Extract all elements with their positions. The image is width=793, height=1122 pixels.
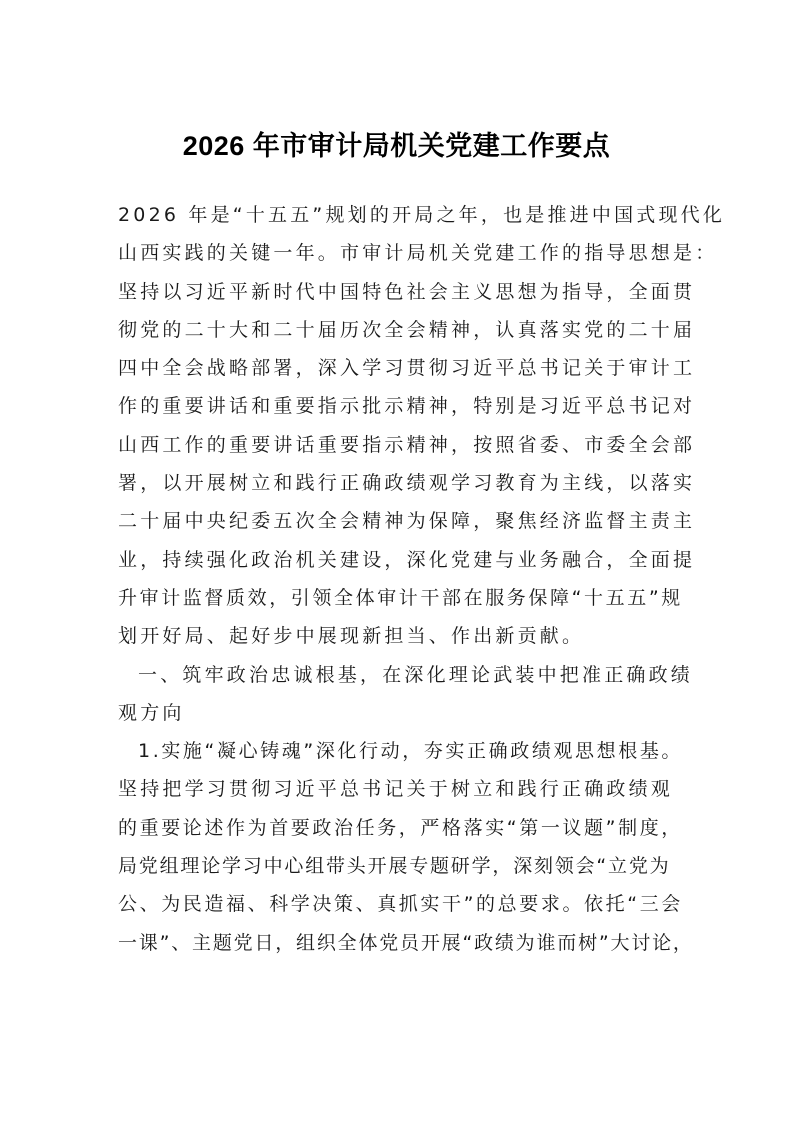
text-line: 山西工作的重要讲话重要指示精神，按照省委、市委全会部 <box>118 426 683 464</box>
text-line: 坚持以习近平新时代中国特色社会主义思想为指导，全面贯 <box>118 273 683 311</box>
text-line: 公、为民造福、科学决策、真抓实干”的总要求。依托“三会 <box>118 885 683 923</box>
text-line: 升审计监督质效，引领全体审计干部在服务保障“十五五”规 <box>118 579 683 617</box>
section-heading-1: 一、筑牢政治忠诚根基，在深化理论武装中把准正确政绩 观方向 <box>118 656 683 733</box>
text-line: 划开好局、起好步中展现新担当、作出新贡献。 <box>118 617 683 655</box>
text-line: 彻党的二十大和二十届历次全会精神，认真落实党的二十届 <box>118 311 683 349</box>
text-line: 署，以开展树立和践行正确政绩观学习教育为主线，以落实 <box>118 464 683 502</box>
text-line: 坚持把学习贯彻习近平总书记关于树立和践行正确政绩观 <box>118 770 683 808</box>
text-line: 四中全会战略部署，深入学习贯彻习近平总书记关于审计工 <box>118 349 683 387</box>
text-line: 局党组理论学习中心组带头开展专题研学，深刻领会“立党为 <box>118 847 683 885</box>
item-paragraph-1: 1.实施“凝心铸魂”深化行动，夯实正确政绩观思想根基。 坚持把学习贯彻习近平总书… <box>118 732 683 962</box>
document-title: 2026 年市审计局机关党建工作要点 <box>0 126 793 166</box>
heading-line: 一、筑牢政治忠诚根基，在深化理论武装中把准正确政绩 <box>118 656 683 694</box>
text-line: 二十届中央纪委五次全会精神为保障，聚焦经济监督主责主 <box>118 502 683 540</box>
document-body: 2026 年是“十五五”规划的开局之年，也是推进中国式现代化 山西实践的关键一年… <box>118 196 683 962</box>
text-line: 作的重要讲话和重要指示批示精神，特别是习近平总书记对 <box>118 387 683 425</box>
intro-paragraph: 2026 年是“十五五”规划的开局之年，也是推进中国式现代化 山西实践的关键一年… <box>118 196 683 656</box>
document-page: 2026 年市审计局机关党建工作要点 2026 年是“十五五”规划的开局之年，也… <box>0 0 793 1122</box>
text-line: 一课”、主题党日，组织全体党员开展“政绩为谁而树”大讨论， <box>118 924 683 962</box>
text-line: 业，持续强化政治机关建设，深化党建与业务融合，全面提 <box>118 541 683 579</box>
text-line: 2026 年是“十五五”规划的开局之年，也是推进中国式现代化 <box>118 196 683 234</box>
heading-line: 观方向 <box>118 694 683 732</box>
text-line: 的重要论述作为首要政治任务，严格落实“第一议题”制度， <box>118 809 683 847</box>
text-line: 山西实践的关键一年。市审计局机关党建工作的指导思想是： <box>118 234 683 272</box>
text-line: 1.实施“凝心铸魂”深化行动，夯实正确政绩观思想根基。 <box>118 732 683 770</box>
